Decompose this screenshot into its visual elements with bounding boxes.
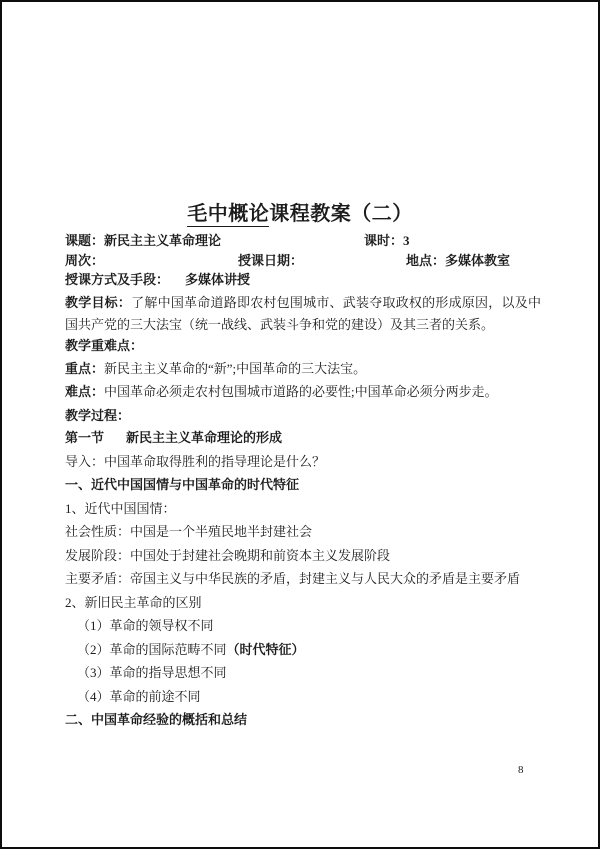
distinction-text: （3）革命的指导思想不同 bbox=[77, 665, 227, 680]
hours-value: 3 bbox=[403, 233, 410, 248]
distinction-item: （4）革命的前途不同 bbox=[65, 689, 541, 704]
meta-row-method: 授课方式及手段：多媒体讲授 bbox=[65, 272, 541, 287]
distinction-text: （4）革命的前途不同 bbox=[77, 689, 201, 704]
distinction-item: （2）革命的国际范畴不同（时代特征） bbox=[65, 642, 541, 657]
meta-row-course: 课题：新民主主义革命理论 课时：3 bbox=[65, 233, 541, 248]
meta-row-schedule: 周次： 授课日期： 地点：多媒体教室 bbox=[65, 253, 541, 268]
process-heading: 教学过程： bbox=[65, 408, 541, 423]
focus-text: 新民主主义革命的“新”;中国革命的三大法宝。 bbox=[104, 361, 366, 376]
page-number: 8 bbox=[518, 764, 524, 776]
condition-item: 主要矛盾：帝国主义与中华民族的矛盾，封建主义与人民大众的矛盾是主要矛盾 bbox=[65, 571, 541, 586]
lead-in-line: 导入：中国革命取得胜利的指导理论是什么？ bbox=[65, 454, 541, 469]
document-body: 课题：新民主主义革命理论 课时：3 周次： 授课日期： 地点：多媒体教室 授课方… bbox=[65, 2, 541, 847]
location-value: 多媒体教室 bbox=[445, 253, 510, 268]
distinction-text: （1）革命的领导权不同 bbox=[77, 618, 214, 633]
hours-field: 课时：3 bbox=[364, 233, 410, 248]
difficulty-label: 难点： bbox=[65, 384, 104, 399]
course-label: 课题： bbox=[65, 233, 104, 248]
week-label: 周次： bbox=[65, 253, 104, 268]
distinction-bold-note: （时代特征） bbox=[227, 642, 305, 657]
focus-label: 重点： bbox=[65, 361, 104, 376]
difficulty-line: 难点：中国革命必须走农村包围城市道路的必要性;中国革命必须分两步走。 bbox=[65, 384, 541, 399]
difficulty-text: 中国革命必须走农村包围城市道路的必要性;中国革命必须分两步走。 bbox=[104, 384, 498, 399]
conditions-heading: 1、近代中国国情： bbox=[65, 501, 541, 516]
distinction-item: （3）革命的指导思想不同 bbox=[65, 665, 541, 680]
objective-text: 了解中国革命道路即农村包围城市、武装夺取政权的形成原因，以及中国共产党的三大法宝… bbox=[65, 295, 541, 332]
method-value: 多媒体讲授 bbox=[185, 272, 250, 287]
location-label: 地点： bbox=[406, 253, 445, 268]
distinction-heading: 2、新旧民主革命的区别 bbox=[65, 595, 541, 610]
condition-item: 发展阶段：中国处于封建社会晚期和前资本主义发展阶段 bbox=[65, 548, 541, 563]
hours-label: 课时： bbox=[364, 233, 403, 248]
section1-title: 新民主主义革命理论的形成 bbox=[126, 430, 282, 445]
focus-difficulty-heading: 教学重难点： bbox=[65, 338, 541, 353]
section1-number: 第一节 bbox=[65, 430, 104, 445]
objective-paragraph: 教学目标：了解中国革命道路即农村包围城市、武装夺取政权的形成原因，以及中国共产党… bbox=[65, 292, 541, 335]
distinction-item: （1）革命的领导权不同 bbox=[65, 618, 541, 633]
document-page: 毛中概论课程教案（二） 课题：新民主主义革命理论 课时：3 周次： 授课日期： … bbox=[0, 0, 600, 849]
section1-heading: 第一节新民主主义革命理论的形成 bbox=[65, 430, 541, 445]
part1-heading: 一、近代中国国情与中国革命的时代特征 bbox=[65, 477, 541, 492]
part2-heading: 二、中国革命经验的概括和总结 bbox=[65, 712, 541, 727]
distinction-text: （2）革命的国际范畴不同 bbox=[77, 642, 227, 657]
lead-text: 中国革命取得胜利的指导理论是什么？ bbox=[104, 454, 325, 469]
focus-line: 重点：新民主主义革命的“新”;中国革命的三大法宝。 bbox=[65, 361, 541, 376]
method-label: 授课方式及手段： bbox=[65, 272, 169, 287]
location-field: 地点：多媒体教室 bbox=[406, 253, 510, 268]
lead-label: 导入： bbox=[65, 454, 104, 469]
course-value: 新民主主义革命理论 bbox=[104, 233, 221, 248]
objective-label: 教学目标： bbox=[65, 295, 131, 310]
condition-item: 社会性质：中国是一个半殖民地半封建社会 bbox=[65, 524, 541, 539]
date-label: 授课日期： bbox=[238, 253, 303, 268]
